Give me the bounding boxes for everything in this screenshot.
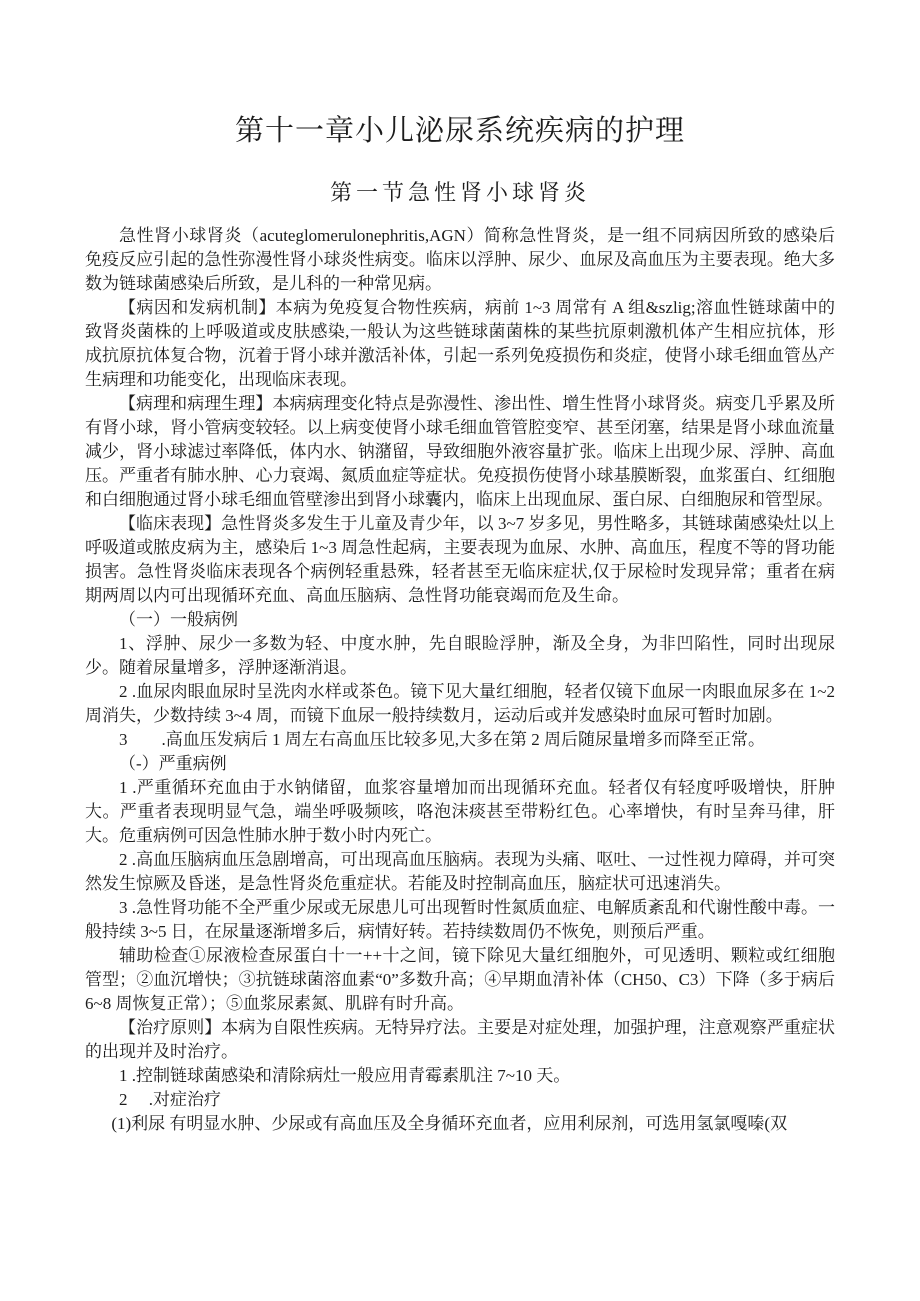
paragraph-intro: 急性肾小球肾炎（acuteglomerulonephritis,AGN）简称急性… xyxy=(85,224,835,296)
subheading-severe-cases: （-）严重病例 xyxy=(85,752,835,776)
chapter-title: 第十一章小儿泌尿系统疾病的护理 xyxy=(85,112,835,150)
item-edema-oliguria: 1、浮肿、尿少一多数为轻、中度水肿，先自眼睑浮肿，渐及全身，为非凹陷性，同时出现… xyxy=(85,632,835,680)
item-infection-control: 1 .控制链球菌感染和清除病灶一般应用青霉素肌注 7~10 天。 xyxy=(85,1064,835,1088)
item-hypertensive-encephalopathy: 2 .高血压脑病血压急剧增高，可出现高血压脑病。表现为头痛、呕吐、一过性视力障碍… xyxy=(85,848,835,896)
paragraph-auxiliary-examinations: 辅助检查①尿液检查尿蛋白十一++十之间，镜下除见大量红细胞外，可见透明、颗粒或红… xyxy=(85,944,835,1016)
subheading-general-cases: （一）一般病例 xyxy=(85,608,835,632)
document-page: 第十一章小儿泌尿系统疾病的护理 第一节急性肾小球肾炎 急性肾小球肾炎（acute… xyxy=(0,0,920,1301)
document-page-background: { "doc": { "chapter_title": "第十一章小儿泌尿系统疾… xyxy=(0,0,920,1301)
item-hypertension: 3 .高血压发病后 1 周左右高血压比较多见,大多在第 2 周后随尿量增多而降至… xyxy=(85,728,835,752)
section-title: 第一节急性肾小球肾炎 xyxy=(85,178,835,208)
item-hematuria: 2 .血尿肉眼血尿时呈洗肉水样或茶色。镜下见大量红细胞，轻者仅镜下血尿一肉眼血尿… xyxy=(85,680,835,728)
paragraph-etiology-pathogenesis: 【病因和发病机制】本病为免疫复合物性疾病，病前 1~3 周常有 A 组&szli… xyxy=(85,296,835,392)
paragraph-treatment-principles: 【治疗原则】本病为自限性疾病。无特异疗法。主要是对症处理，加强护理，注意观察严重… xyxy=(85,1016,835,1064)
paragraph-clinical-manifestations: 【临床表现】急性肾炎多发生于儿童及青少年，以 3~7 岁多见，男性略多，其链球菌… xyxy=(85,512,835,608)
item-circulatory-congestion: 1 .严重循环充血由于水钠储留，血浆容量增加而出现循环充血。轻者仅有轻度呼吸增快… xyxy=(85,776,835,848)
document-body: 急性肾小球肾炎（acuteglomerulonephritis,AGN）简称急性… xyxy=(85,224,835,1136)
paragraph-pathology-physiology: 【病理和病理生理】本病病理变化特点是弥漫性、渗出性、增生性肾小球肾炎。病变几乎累… xyxy=(85,392,835,512)
item-diuresis: (1)利尿 有明显水肿、少尿或有高血压及全身循环充血者，应用利尿剂，可选用氢氯嘎… xyxy=(85,1112,835,1136)
item-symptomatic-treatment: 2 .对症治疗 xyxy=(85,1088,835,1112)
item-acute-renal-insufficiency: 3 .急性肾功能不全严重少尿或无尿患儿可出现暂时性氮质血症、电解质紊乱和代谢性酸… xyxy=(85,896,835,944)
